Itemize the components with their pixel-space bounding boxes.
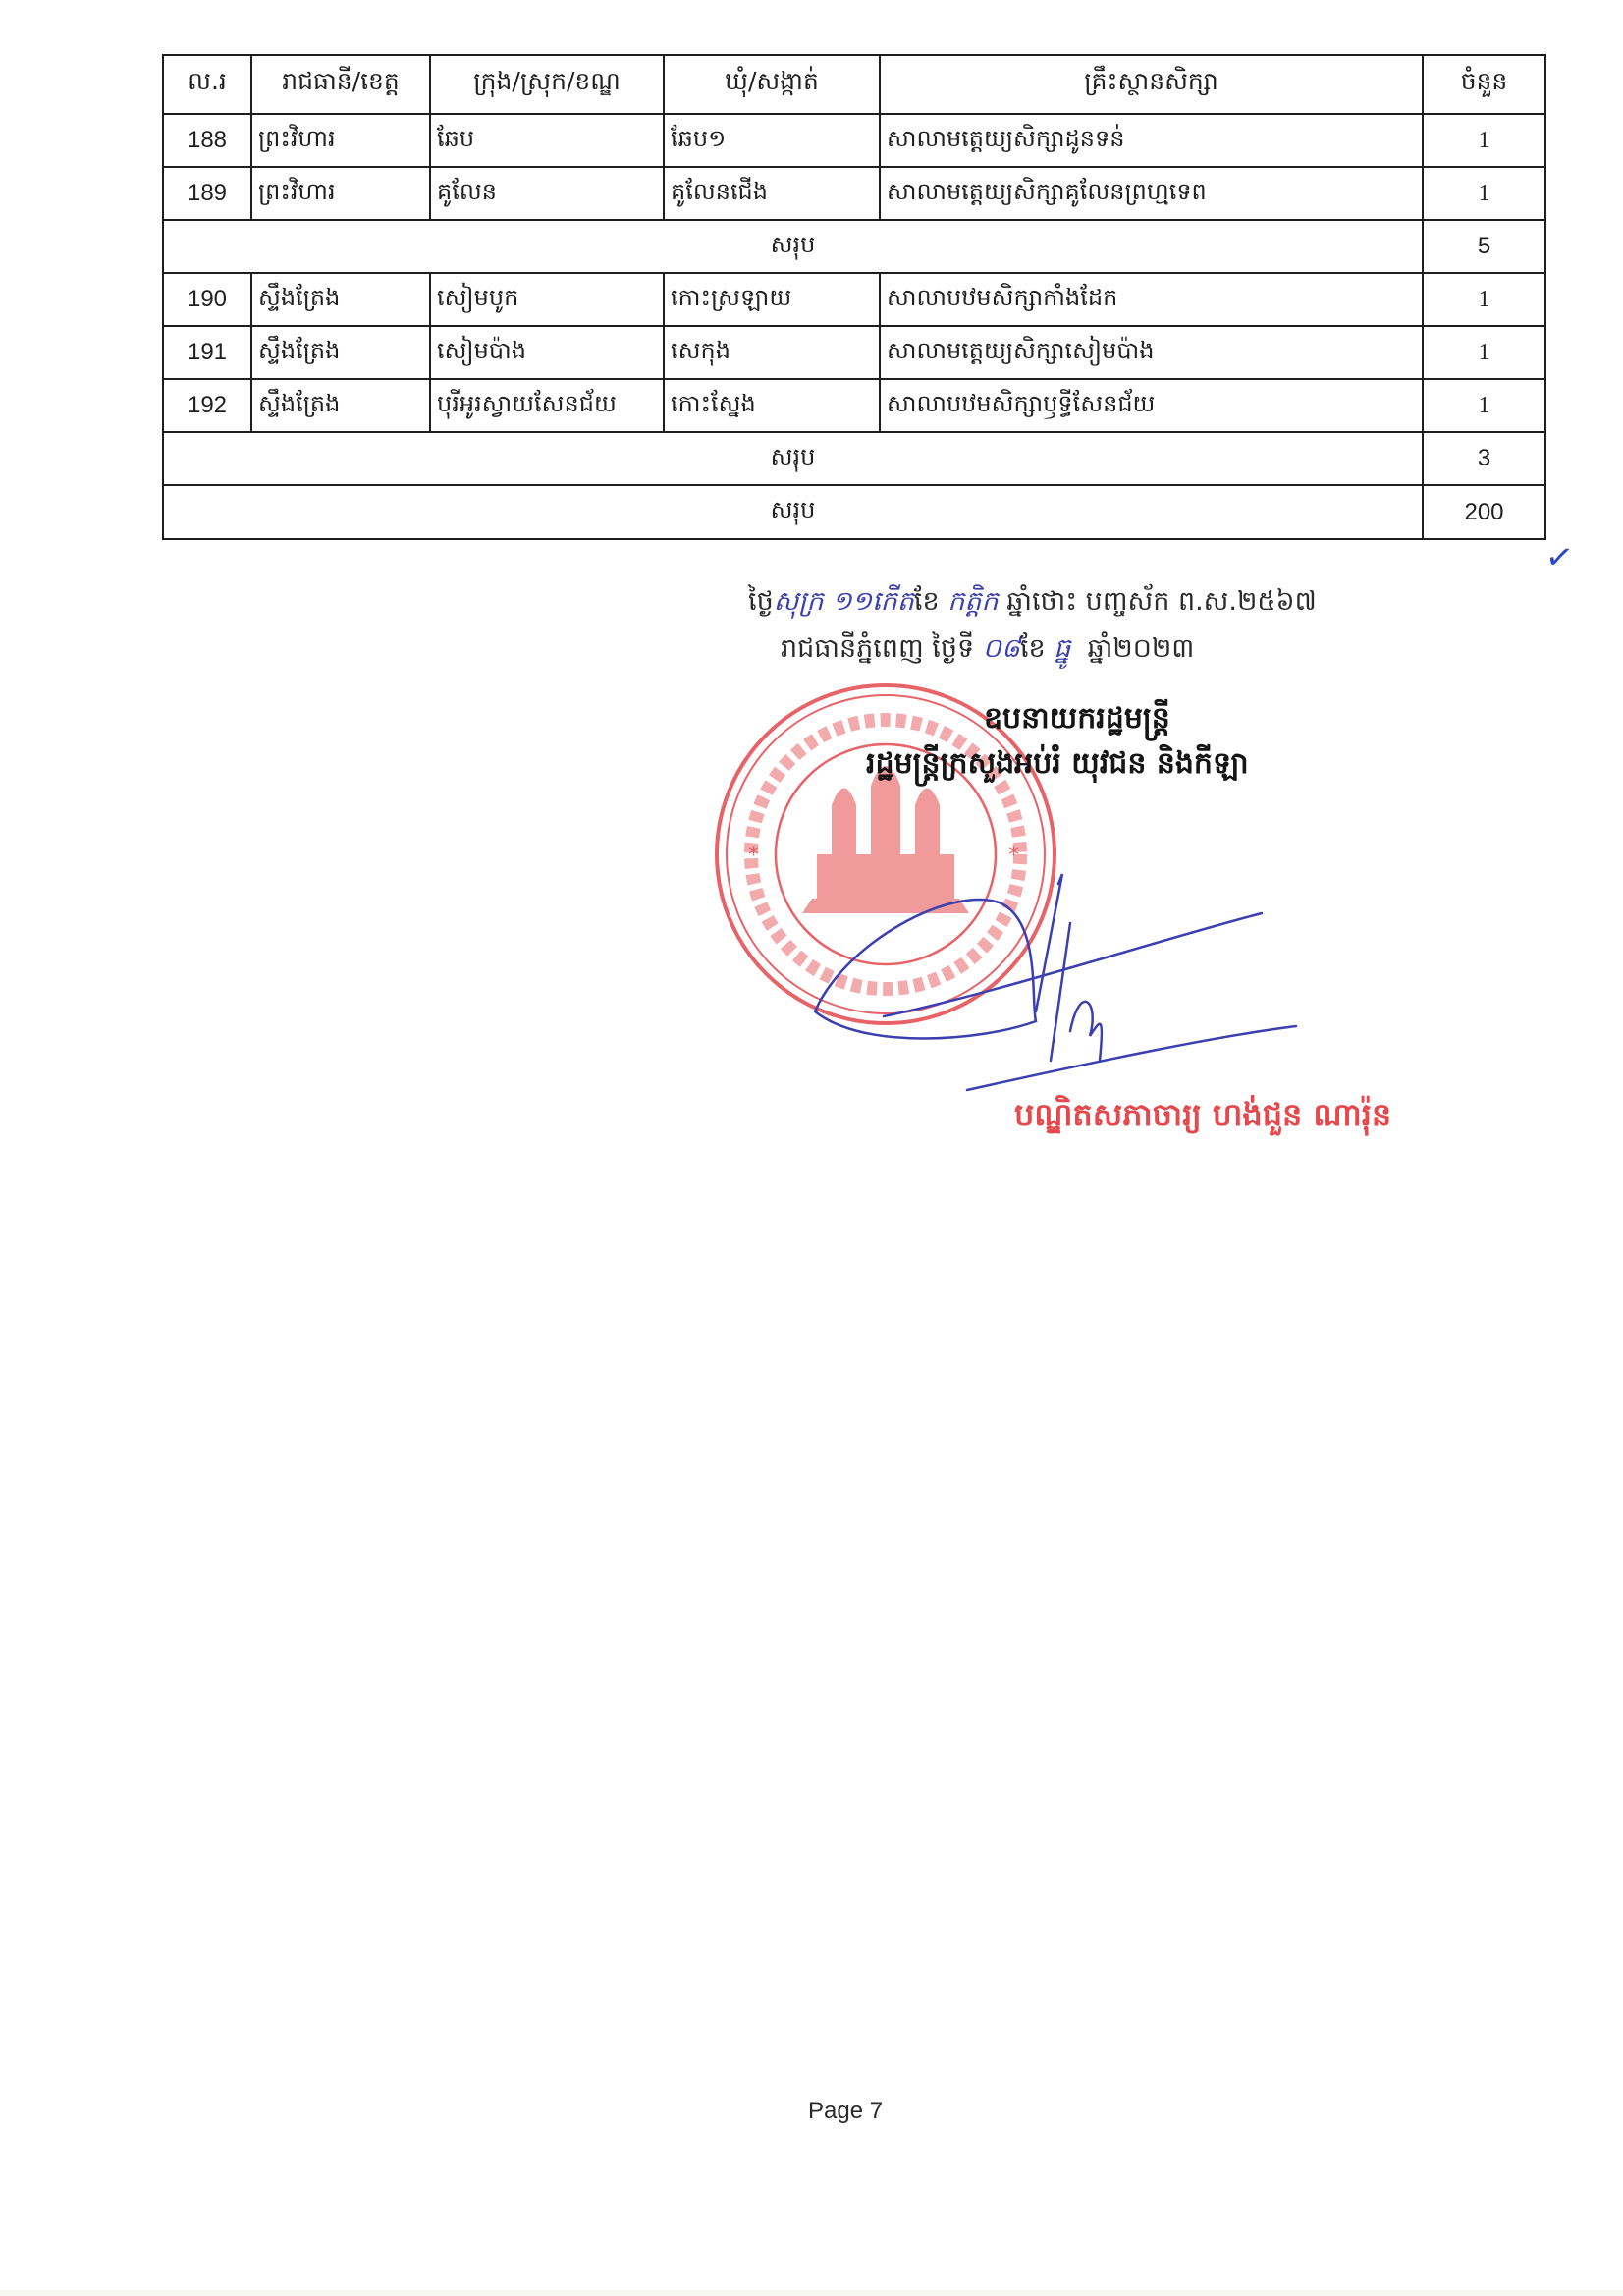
subtotal-value: 3 [1423, 432, 1545, 485]
row-province: ព្រះវិហារ [251, 114, 430, 167]
table-row: 190 ស្ទឹងត្រែង សៀមបូក កោះស្រឡាយ សាលាបឋមស… [163, 273, 1545, 326]
row-school: សាលាបឋមសិក្សាកាំងដែក [880, 273, 1423, 326]
row-no: 188 [163, 114, 251, 167]
solar-suffix: ឆ្នាំ២០២៣ [1088, 633, 1195, 664]
header-province: រាជធានី/ខេត្ត [251, 55, 430, 114]
row-no: 191 [163, 326, 251, 379]
row-no: 189 [163, 167, 251, 220]
table-row: 189 ព្រះវិហារ គូលែន គូលែនជើង សាលាមត្តេយ្… [163, 167, 1545, 220]
row-commune: កោះស្នែង [664, 379, 880, 432]
subtotal-label: សរុប [163, 432, 1423, 485]
handwritten-solar-month: ធ្នូ [1054, 633, 1070, 664]
checkmark-icon: ✓ [1542, 536, 1576, 579]
solar-month-label: ខែ [1020, 633, 1046, 664]
row-school: សាលាបឋមសិក្សាឫទ្ធីសែនជ័យ [880, 379, 1423, 432]
table-header-row: ល.រ រាជធានី/ខេត្ត ក្រុង/ស្រុក/ខណ្ឌ ឃុំ/ស… [163, 55, 1545, 114]
row-commune: សេកុង [664, 326, 880, 379]
row-count: 1 [1423, 167, 1545, 220]
lunar-prefix: ថ្ងៃ [748, 586, 774, 617]
page-number: Page 7 [808, 2098, 883, 2125]
lunar-date-line: ថ្ងៃសុក្រ ១១កើតខែ កត្តិក ឆ្នាំថោះ បញ្ចស័… [748, 585, 1317, 624]
table-row: 192 ស្ទឹងត្រែង បុរីអូរស្វាយសែនជ័យ កោះស្ន… [163, 379, 1545, 432]
grand-total-row: សរុប 200 [163, 485, 1545, 539]
handwritten-signature-icon [805, 825, 1394, 1100]
grand-total-label: សរុប [163, 485, 1423, 539]
table-row: 188 ព្រះវិហារ ឆែប ឆែប១ សាលាមត្តេយ្យសិក្ស… [163, 114, 1545, 167]
row-count: 1 [1423, 273, 1545, 326]
subtotal-row: សរុប 3 [163, 432, 1545, 485]
svg-text:*: * [748, 844, 759, 868]
solar-date-line: រាជធានីភ្នំពេញ ថ្ងៃទី ០៨ខែ ធ្នូ ឆ្នាំ២០២… [781, 632, 1194, 671]
row-school: សាលាមត្តេយ្យសិក្សាសៀមប៉ាង [880, 326, 1423, 379]
row-district: បុរីអូរស្វាយសែនជ័យ [430, 379, 664, 432]
row-district: គូលែន [430, 167, 664, 220]
row-commune: ឆែប១ [664, 114, 880, 167]
handwritten-lunar-month: កត្តិក [947, 586, 998, 617]
header-commune: ឃុំ/សង្កាត់ [664, 55, 880, 114]
subtotal-value: 5 [1423, 220, 1545, 273]
signer-name: បណ្ឌិតសភាចារ្យ ហង់ជួន ណារ៉ុន [1014, 1095, 1391, 1141]
handwritten-weekday: សុក្រ [774, 586, 824, 617]
row-province: ស្ទឹងត្រែង [251, 379, 430, 432]
row-count: 1 [1423, 379, 1545, 432]
handwritten-lunar-day: ១១កើត [832, 586, 914, 617]
row-province: ព្រះវិហារ [251, 167, 430, 220]
page-bottom-edge [0, 2290, 1623, 2296]
signatory-title: ឧបនាយករដ្ឋមន្ត្រី [984, 699, 1170, 742]
row-province: ស្ទឹងត្រែង [251, 326, 430, 379]
table-row: 191 ស្ទឹងត្រែង សៀមប៉ាង សេកុង សាលាមត្តេយ្… [163, 326, 1545, 379]
row-school: សាលាមត្តេយ្យសិក្សាគូលែនព្រហ្មទេព [880, 167, 1423, 220]
row-no: 192 [163, 379, 251, 432]
grand-total-value: 200 [1423, 485, 1545, 539]
lunar-suffix: ឆ្នាំថោះ បញ្ចស័ក ព.ស.២៥៦៧ [1006, 586, 1317, 617]
row-district: សៀមប៉ាង [430, 326, 664, 379]
subtotal-label: សរុប [163, 220, 1423, 273]
row-count: 1 [1423, 326, 1545, 379]
row-commune: គូលែនជើង [664, 167, 880, 220]
row-commune: កោះស្រឡាយ [664, 273, 880, 326]
row-no: 190 [163, 273, 251, 326]
header-school: គ្រឹះស្ថានសិក្សា [880, 55, 1423, 114]
header-district: ក្រុង/ស្រុក/ខណ្ឌ [430, 55, 664, 114]
header-count: ចំនួន [1423, 55, 1545, 114]
school-list-table: ល.រ រាជធានី/ខេត្ត ក្រុង/ស្រុក/ខណ្ឌ ឃុំ/ស… [162, 54, 1546, 540]
row-province: ស្ទឹងត្រែង [251, 273, 430, 326]
row-school: សាលាមត្តេយ្យសិក្សាដូនទន់ [880, 114, 1423, 167]
lunar-month-label: ខែ [914, 586, 940, 617]
row-district: ឆែប [430, 114, 664, 167]
row-count: 1 [1423, 114, 1545, 167]
subtotal-row: សរុប 5 [163, 220, 1545, 273]
handwritten-solar-day: ០៨ [983, 633, 1020, 664]
row-district: សៀមបូក [430, 273, 664, 326]
solar-prefix: រាជធានីភ្នំពេញ ថ្ងៃទី [781, 633, 974, 664]
header-no: ល.រ [163, 55, 251, 114]
signatory-position: រដ្ឋមន្ត្រីក្រសួងអប់រំ យុវជន និងកីឡា [866, 744, 1249, 788]
document-page: ល.រ រាជធានី/ខេត្ត ក្រុង/ស្រុក/ខណ្ឌ ឃុំ/ស… [0, 0, 1623, 2296]
